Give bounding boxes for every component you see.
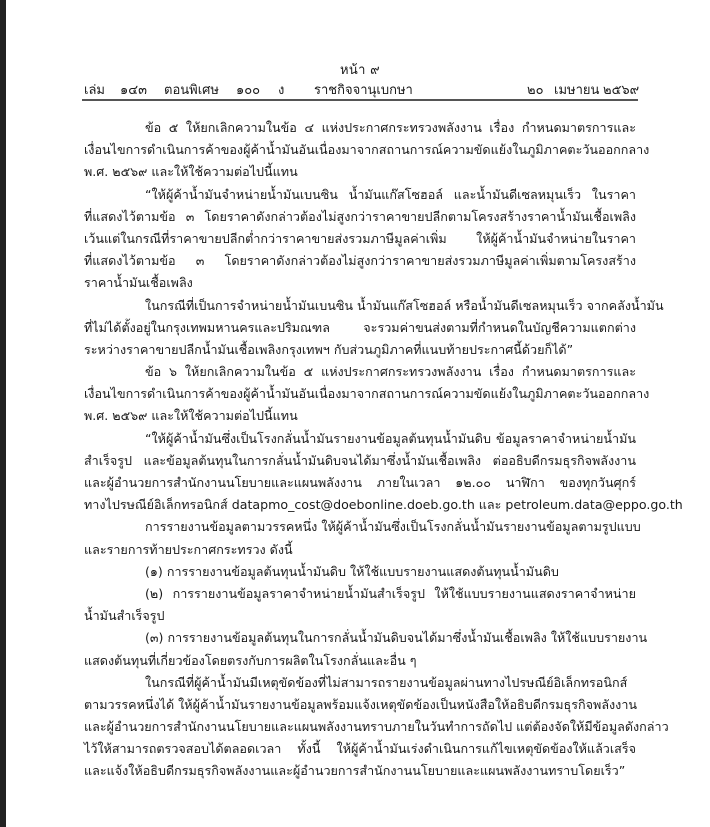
body-line: “ให้ผู้ค้าน้ำมันจำหน่ายน้ำมันเบนซิน น้ำม… <box>84 184 636 206</box>
body-line: ที่แสดงไว้ตามข้อ ๓ โดยราคาดังกล่าวต้องไม… <box>84 250 636 272</box>
gazette-header: เล่ม ๑๔๓ ตอนพิเศษ ๑๐๐ ง ราชกิจจานุเบกษา … <box>84 79 636 97</box>
body-line: และรายการท้ายประกาศกระทรวง ดังนี้ <box>84 539 636 561</box>
section-label: ตอนพิเศษ <box>164 79 219 100</box>
body-line: (๒) การรายงานข้อมูลราคาจำหน่ายน้ำมันสำเร… <box>84 583 636 605</box>
body-line: ที่แสดงไว้ตามข้อ ๓ โดยราคาดังกล่าวต้องไม… <box>84 206 636 228</box>
body-line: ในกรณีที่เป็นการจำหน่ายน้ำมันเบนซิน น้ำม… <box>84 295 636 317</box>
body-line: พ.ศ. ๒๕๖๙ และให้ใช้ความต่อไปนี้แทน <box>84 405 636 427</box>
body-line: ไว้ให้สามารถตรวจสอบได้ตลอดเวลา ทั้งนี้ ใ… <box>84 738 636 760</box>
body-line: ราคาน้ำมันเชื้อเพลิง <box>84 272 636 294</box>
volume-number: ๑๔๓ <box>120 79 147 100</box>
body-line: ระหว่างราคาขายปลีกน้ำมันเชื้อเพลิงกรุงเท… <box>84 339 636 361</box>
body-line: (๑) การรายงานข้อมูลต้นทุนน้ำมันดิบ ให้ใช… <box>84 561 636 583</box>
viewer-left-edge <box>0 0 6 827</box>
body-line: ทางไปรษณีย์อิเล็กทรอนิกส์ datapmo_cost@d… <box>84 494 636 516</box>
body-line: พ.ศ. ๒๕๖๙ และให้ใช้ความต่อไปนี้แทน <box>84 161 636 183</box>
header-divider <box>82 99 638 101</box>
body-line: แสดงต้นทุนที่เกี่ยวข้องโดยตรงกับการผลิตใ… <box>84 650 636 672</box>
body-line: และผู้อำนวยการสำนักงานนโยบายและแผนพลังงา… <box>84 716 636 738</box>
document-body: ข้อ ๕ ให้ยกเลิกความในข้อ ๔ แห่งประกาศกระ… <box>84 117 636 783</box>
body-line: ที่ไม่ได้ตั้งอยู่ในกรุงเทพมหานครและปริมณ… <box>84 317 636 339</box>
gazette-title: ราชกิจจานุเบกษา <box>314 79 413 100</box>
body-line: น้ำมันสำเร็จรูป <box>84 605 636 627</box>
date-year: ๒๕๖๙ <box>603 79 639 100</box>
body-line: (๓) การรายงานข้อมูลต้นทุนในการกลั่นน้ำมั… <box>84 627 636 649</box>
body-line: “ให้ผู้ค้าน้ำมันซึ่งเป็นโรงกลั่นน้ำมันรา… <box>84 428 636 450</box>
body-line: การรายงานข้อมูลตามวรรคหนึ่ง ให้ผู้ค้าน้ำ… <box>84 516 636 538</box>
section-letter: ง <box>278 79 284 100</box>
body-line: เงื่อนไขการดำเนินการค้าของผู้ค้าน้ำมันอั… <box>84 383 636 405</box>
body-line: เงื่อนไขการดำเนินการค้าของผู้ค้าน้ำมันอั… <box>84 139 636 161</box>
body-line: ข้อ ๖ ให้ยกเลิกความในข้อ ๕ แห่งประกาศกระ… <box>84 361 636 383</box>
section-number: ๑๐๐ <box>236 79 260 100</box>
volume-label: เล่ม <box>84 79 105 100</box>
body-line: และผู้อำนวยการสำนักงานนโยบายและแผนพลังงา… <box>84 472 636 494</box>
page-number: หน้า ๙ <box>84 59 636 80</box>
date-day: ๒๐ <box>527 79 544 100</box>
body-line: ตามวรรคหนึ่งได้ ให้ผู้ค้าน้ำมันรายงานข้อ… <box>84 694 636 716</box>
body-line: ในกรณีที่ผู้ค้าน้ำมันมีเหตุขัดข้องที่ไม่… <box>84 672 636 694</box>
body-line: และแจ้งให้อธิบดีกรมธุรกิจพลังงานและผู้อำ… <box>84 760 636 782</box>
body-line: เว้นแต่ในกรณีที่ราคาขายปลีกต่ำกว่าราคาขา… <box>84 228 636 250</box>
body-line: ข้อ ๕ ให้ยกเลิกความในข้อ ๔ แห่งประกาศกระ… <box>84 117 636 139</box>
body-line: สำเร็จรูป และข้อมูลต้นทุนในการกลั่นน้ำมั… <box>84 450 636 472</box>
date-month: เมษายน <box>554 79 599 100</box>
